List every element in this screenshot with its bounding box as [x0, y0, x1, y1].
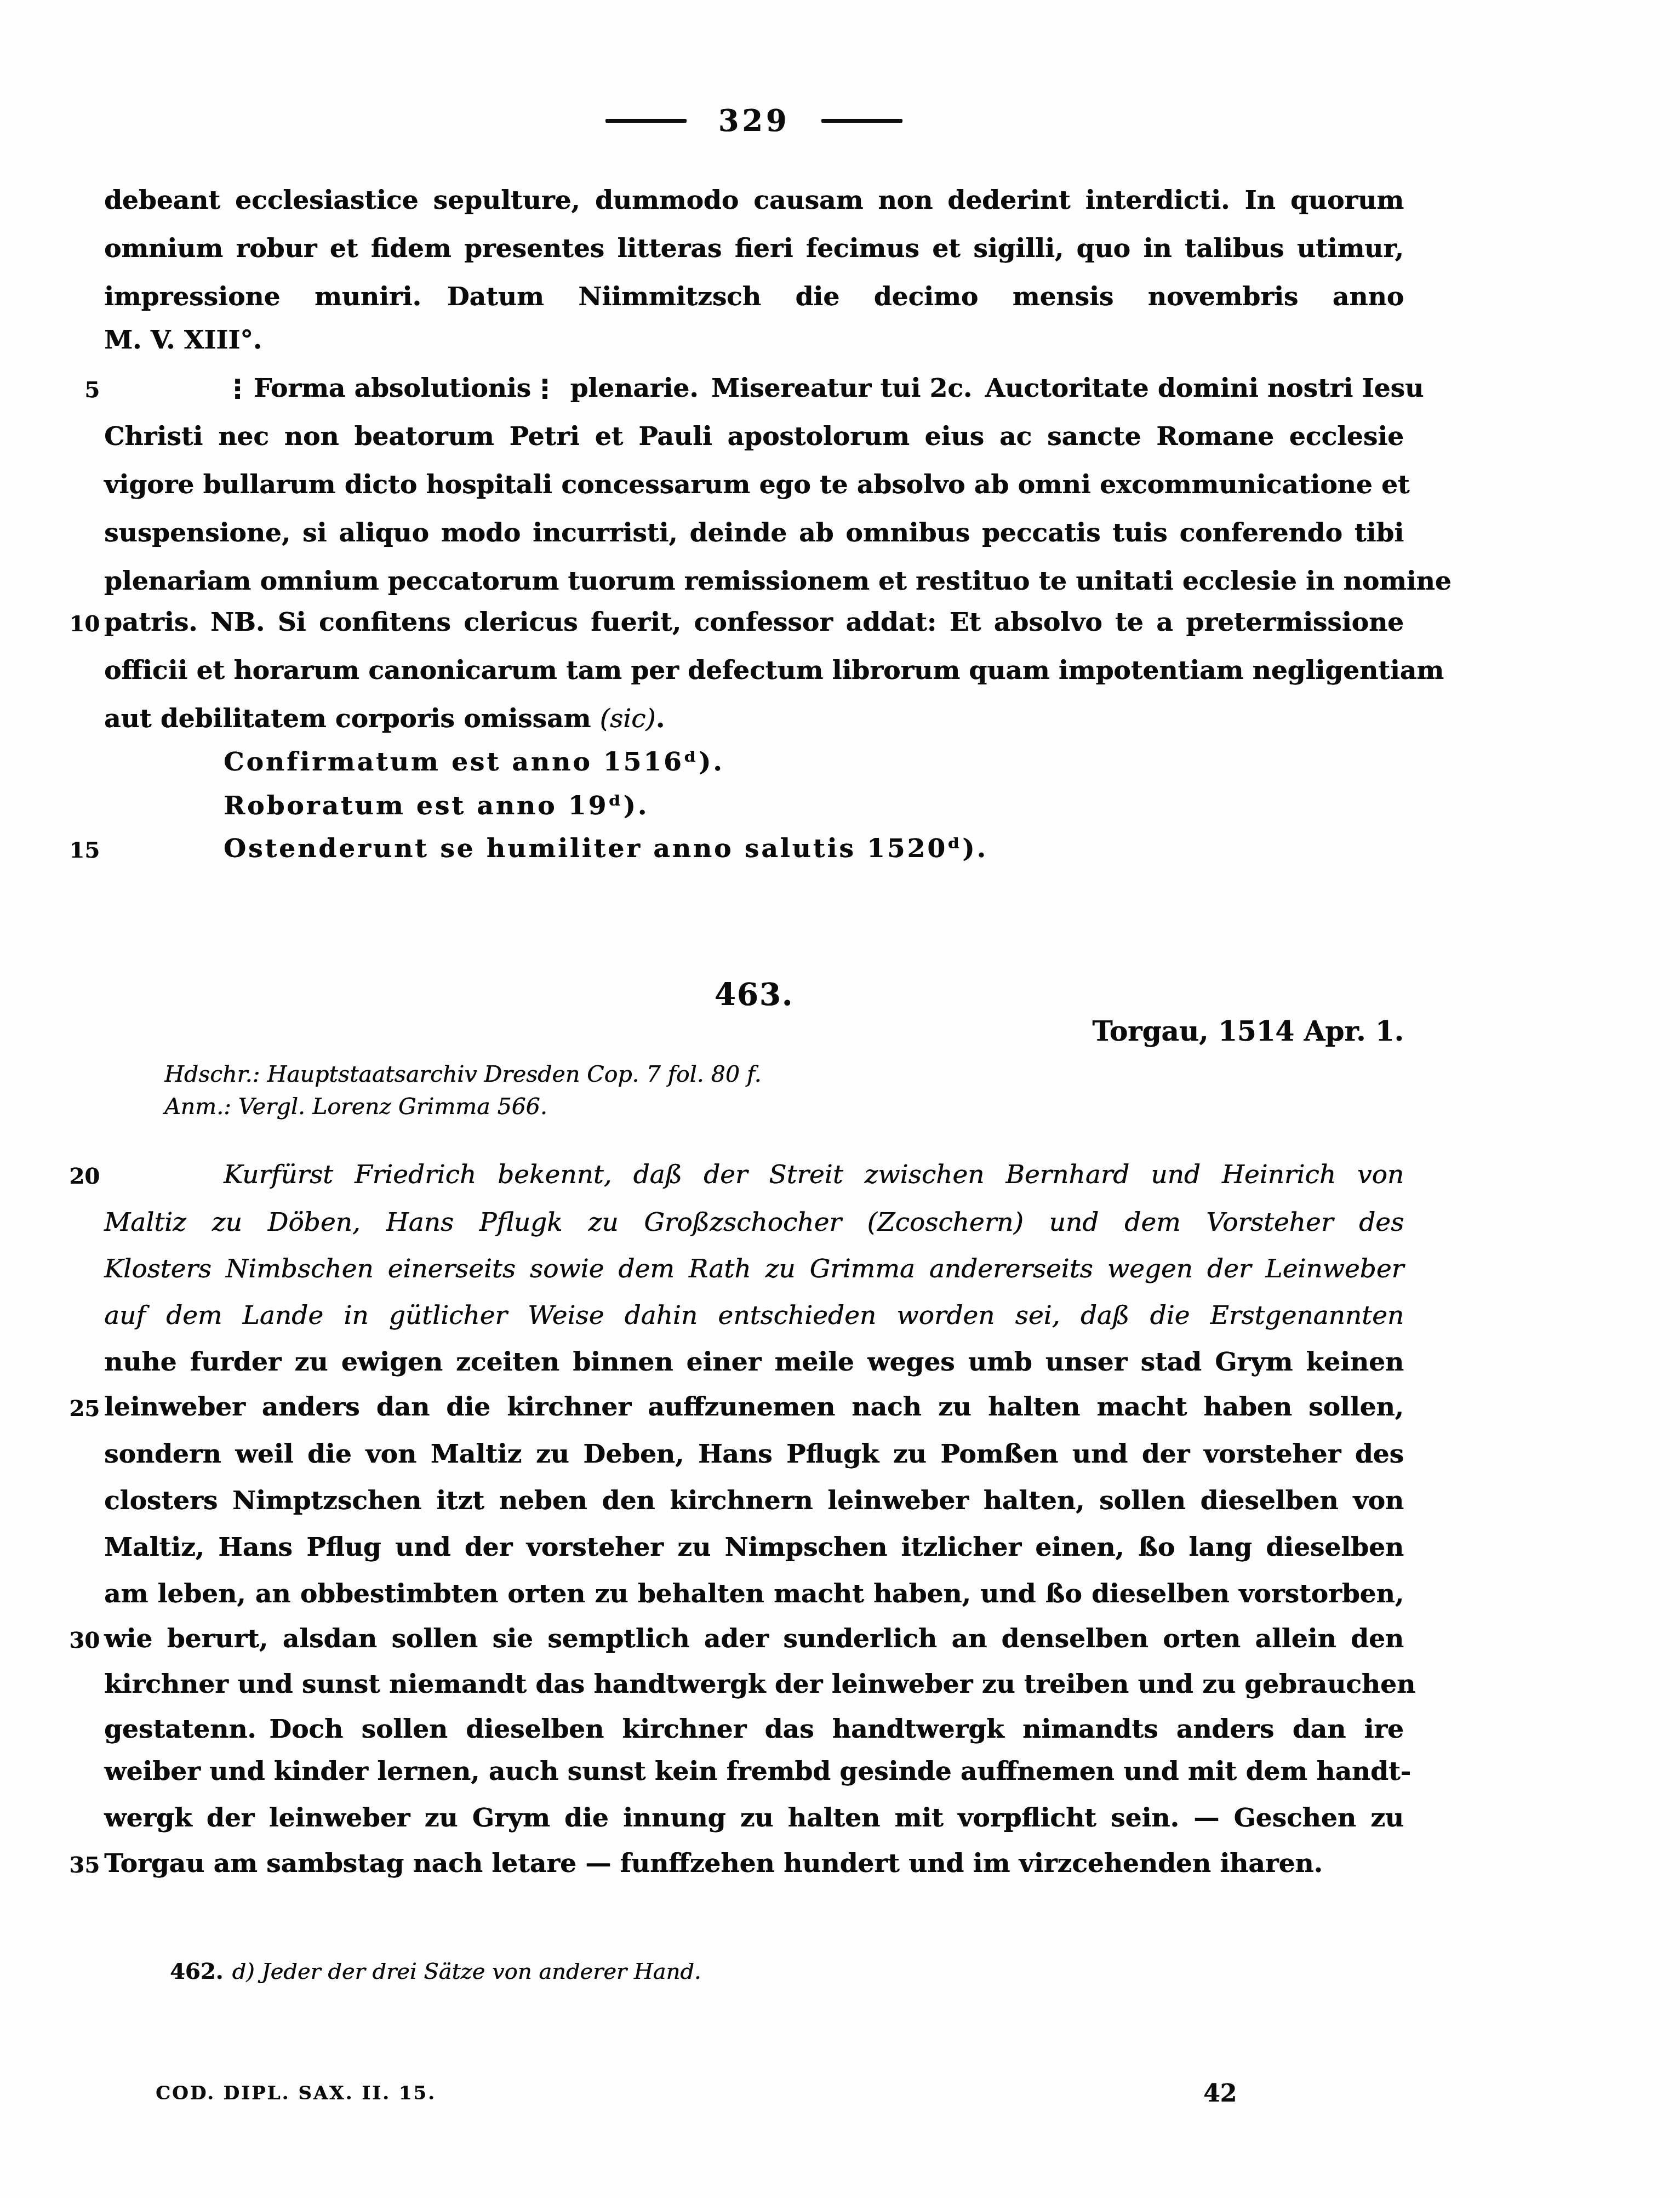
source-line: Anm.: Vergl. Lorenz Grimma 566. — [164, 1093, 547, 1120]
confirmation-line: Ostenderunt se humiliter anno salutis 15… — [104, 833, 1404, 865]
page-number: 329 — [718, 103, 790, 138]
confirmation-line: Roboratum est anno 19ᵈ). — [104, 790, 1404, 823]
source-line: Hdschr.: Hauptstaatsarchiv Dresden Cop. … — [164, 1061, 762, 1087]
footnote-text: d) Jeder der drei Sätze von anderer Hand… — [232, 1959, 701, 1984]
summary-line: Kurfürst Friedrich bekennt, daß der Stre… — [104, 1159, 1404, 1191]
charter-line: weiber und kinder lernen, auch sunst kei… — [104, 1756, 1404, 1788]
footnote: 462.d) Jeder der drei Sätze von anderer … — [170, 1959, 701, 1984]
summary-line: Maltiz zu Döben, Hans Pflugk zu Großzsch… — [104, 1207, 1404, 1239]
charter-line: Maltiz, Hans Pflug und der vorsteher zu … — [104, 1532, 1404, 1564]
editorial-mark: ⋮ — [532, 374, 558, 406]
header-rule-left — [605, 119, 687, 123]
text-line: impressione muniri. Datum Niimmitzsch di… — [104, 281, 1404, 313]
text-line: plenariam omnium peccatorum tuorum remis… — [104, 566, 1404, 598]
text-line: aut debilitatem corporis omissam (sic). — [104, 703, 1404, 735]
scanned-book-page: 329 5 10 15 20 25 30 35 debeant ecclesia… — [0, 0, 1680, 2198]
text-line: vigore bullarum dicto hospitali concessa… — [104, 469, 1404, 501]
line-number-25: 25 — [50, 1396, 100, 1421]
text-line: suspensione, si aliquo modo incurristi, … — [104, 517, 1404, 550]
running-head: 329 — [104, 103, 1404, 138]
text-segment: plenarie. Misereatur tui 2c. Auctoritate… — [561, 373, 1424, 403]
document-number: 463. — [104, 977, 1404, 1013]
line-number-35: 35 — [50, 1852, 100, 1878]
text-segment: aut debilitatem corporis omissam — [104, 704, 600, 734]
charter-line: gestatenn. Doch sollen dieselben kirchne… — [104, 1714, 1404, 1746]
dateline: Torgau, 1514 Apr. 1. — [104, 1015, 1404, 1047]
charter-line: wergk der leinweber zu Grym die innung z… — [104, 1802, 1404, 1835]
sic-note: (sic) — [600, 704, 656, 734]
text-line: M. V. XIII°. — [104, 324, 1404, 357]
text-segment: Forma absolutionis — [254, 373, 531, 403]
text-line: officii et horarum canonicarum tam per d… — [104, 655, 1404, 687]
text-line: omnium robur et fidem presentes litteras… — [104, 233, 1404, 265]
charter-line: wie berurt, alsdan sollen sie semptlich … — [104, 1623, 1404, 1655]
line-number-15: 15 — [50, 837, 100, 863]
footnote-number: 462. — [170, 1959, 223, 1984]
charter-line: closters Nimptzschen itzt neben den kirc… — [104, 1485, 1404, 1517]
charter-line: kirchner und sunst niemandt das handtwer… — [104, 1669, 1404, 1701]
editorial-mark: ⋮ — [225, 374, 250, 406]
text-line: debeant ecclesiastice sepulture, dummodo… — [104, 185, 1404, 217]
summary-line: auf dem Lande in gütlicher Weise dahin e… — [104, 1300, 1404, 1332]
line-number-30: 30 — [50, 1628, 100, 1653]
confirmation-line: Confirmatum est anno 1516ᵈ). — [104, 746, 1404, 779]
line-number-5: 5 — [50, 377, 100, 403]
summary-line: Klosters Nimbschen einerseits sowie dem … — [104, 1253, 1404, 1286]
sheet-number: 42 — [1203, 2080, 1237, 2108]
line-number-10: 10 — [50, 611, 100, 637]
charter-line: nuhe furder zu ewigen zceiten binnen ein… — [104, 1346, 1404, 1379]
text-line: ⋮Forma absolutionis⋮ plenarie. Misereatu… — [104, 373, 1404, 405]
text-segment: . — [656, 704, 665, 734]
printers-signature: COD. DIPL. SAX. II. 15. — [156, 2082, 436, 2104]
header-rule-right — [821, 119, 902, 123]
charter-line: leinweber anders dan die kirchner auffzu… — [104, 1391, 1404, 1424]
text-line: patris. NB. Si confitens clericus fuerit… — [104, 607, 1404, 639]
line-number-20: 20 — [50, 1163, 100, 1189]
charter-line: Torgau am sambstag nach letare — funffze… — [104, 1848, 1404, 1880]
text-line: Christi nec non beatorum Petri et Pauli … — [104, 421, 1404, 453]
charter-line: sondern weil die von Maltiz zu Deben, Ha… — [104, 1438, 1404, 1471]
charter-line: am leben, an obbestimbten orten zu behal… — [104, 1578, 1404, 1611]
